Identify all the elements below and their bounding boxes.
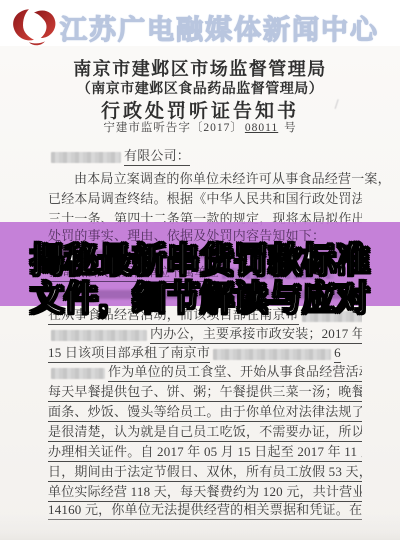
news-thumbnail: 江苏广电融媒体新闻中心 南京市建邺区市场监督管理局 （南京市建邺区食品药品监督管… [0, 0, 400, 540]
redaction-block [51, 330, 147, 341]
doc-line-salutation: 有限公司： [48, 148, 362, 166]
doc-number-suffix: 号 [284, 122, 297, 134]
line-text: 由本局立案调查的 [74, 171, 180, 186]
doc-line: 已经本局调查终结。根据《中华人民共和国行政处罚法》第 [48, 191, 362, 209]
bottom-blur-edge [0, 514, 400, 540]
line-text: 6 [334, 345, 341, 363]
line-text: 每天早餐提供包子、饼、粥；午餐提供三菜一汤；晚餐提供 [48, 384, 362, 402]
agency-name-secondary: （南京市建邺区食品药品监督管理局） [0, 78, 400, 98]
doc-line: 办理相关证件。自 2017 年 05 月 15 日起至 2017 年 11 月 … [48, 444, 362, 462]
watermark-bar: 江苏广电融媒体新闻中心 [0, 0, 400, 50]
doc-line: 是很清楚，认为就是自己员工吃饭，不需要办证，所以没有 [48, 424, 362, 442]
headline-line2: 文件，细节解读与应对 [0, 271, 400, 320]
jsbc-broadcaster-logo-icon [8, 5, 60, 49]
line-text: 已经本局调查终结。根据《中华人民共和国行政处罚法》第 [48, 191, 362, 206]
line-text: 是很清楚，认为就是自己员工吃饭，不需要办证，所以没有 [48, 424, 362, 442]
watermark-text: 江苏广电融媒体新闻中心 [60, 8, 395, 47]
doc-line: 内办公，主要承接市政安装；2017 年 05 月 [48, 326, 362, 344]
line-text: 作为单位的员工食堂、开始从事食品经营活动， [108, 364, 362, 382]
redaction-block [51, 368, 105, 379]
line-text: 内办公，主要承接市政安装；2017 年 05 月 [150, 326, 362, 344]
doc-number-prefix: 宁建市监听告字〔2017〕 [103, 122, 243, 134]
redaction-block [213, 349, 331, 360]
redaction-block [51, 152, 121, 163]
doc-line: 日，期间由于法定节假日、双休，所有员工放假 53 天，你 [48, 464, 362, 482]
line-text: 15 日该项目部承租了南京市 [48, 345, 210, 363]
salutation-text: 有限公司： [124, 148, 190, 166]
doc-line: 单位实际经营 118 天，每天餐费约为 120 元，共计营业额为 [48, 484, 362, 502]
line-text: 一案， [351, 171, 388, 186]
line-text: 面条、炒饭、馒头等给员工。由于你单位对法律法规了解不 [48, 404, 362, 422]
line-text: 办理相关证件。自 2017 年 05 月 15 日起至 2017 年 11 月 … [48, 444, 362, 462]
doc-line: 15 日该项目部承租了南京市6 [48, 345, 362, 363]
doc-line: 面条、炒饭、馒头等给员工。由于你单位对法律法规了解不 [48, 404, 362, 422]
line-text: 日，期间由于法定节假日、双休，所有员工放假 53 天，你 [48, 464, 362, 482]
line-text: 单位实际经营 118 天，每天餐费约为 120 元，共计营业额为 [48, 484, 362, 502]
doc-line: 由本局立案调查的你单位未经许可从事食品经营一案， [48, 171, 388, 189]
line-text-underlined: 你单位未经许可从事食品经营 [180, 171, 352, 189]
doc-number: 宁建市监听告字〔2017〕08011 号 [0, 119, 400, 135]
doc-number-value: 08011 [243, 122, 280, 134]
doc-line: 每天早餐提供包子、饼、粥；午餐提供三菜一汤；晚餐提供 [48, 384, 362, 402]
doc-line: 作为单位的员工食堂、开始从事食品经营活动， [48, 364, 362, 382]
